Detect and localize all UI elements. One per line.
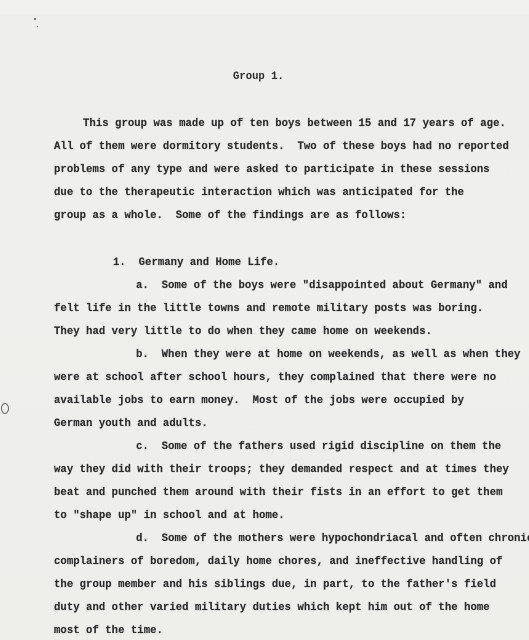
intro-line: group as a whole. Some of the findings a… [54,210,406,222]
item-c-line: to "shape up" in school and at home. [54,510,285,522]
item-a-line: a. Some of the boys were "disappointed a… [136,280,508,292]
item-c-line: beat and punched them around with their … [54,487,503,499]
document-title: Group 1. [233,71,284,83]
intro-line: This group was made up of ten boys betwe… [83,118,506,130]
intro-line: problems of any type and were asked to p… [54,164,490,176]
typewritten-page: Group 1. This group was made up of ten b… [0,0,529,640]
item-d-line: duty and other varied military duties wh… [54,602,490,614]
margin-hole-mark [1,403,9,414]
intro-line: All of them were dormitory students. Two… [54,141,509,153]
item-b-line: available jobs to earn money. Most of th… [54,395,464,407]
paper-speck [34,18,36,20]
item-b-line: were at school after school hours, they … [54,372,496,384]
item-c-line: c. Some of the fathers used rigid discip… [136,441,501,453]
intro-line: due to the therapeutic interaction which… [54,187,464,199]
item-b-line: German youth and adults. [54,418,208,430]
item-b-line: b. When they were at home on weekends, a… [136,349,520,361]
page-top-edge [0,0,529,14]
item-d-line: most of the time. [54,625,163,637]
item-a-line: felt life in the little towns and remote… [54,303,483,315]
item-d-line: d. Some of the mothers were hypochondria… [136,533,529,545]
section-heading: 1. Germany and Home Life. [113,257,280,269]
paper-speck [37,26,38,27]
item-d-line: the group member and his siblings due, i… [54,579,496,591]
item-a-line: They had very little to do when they cam… [54,326,432,338]
item-c-line: way they did with their troops; they dem… [54,464,509,476]
item-d-line: complainers of boredom, daily home chore… [54,556,503,568]
